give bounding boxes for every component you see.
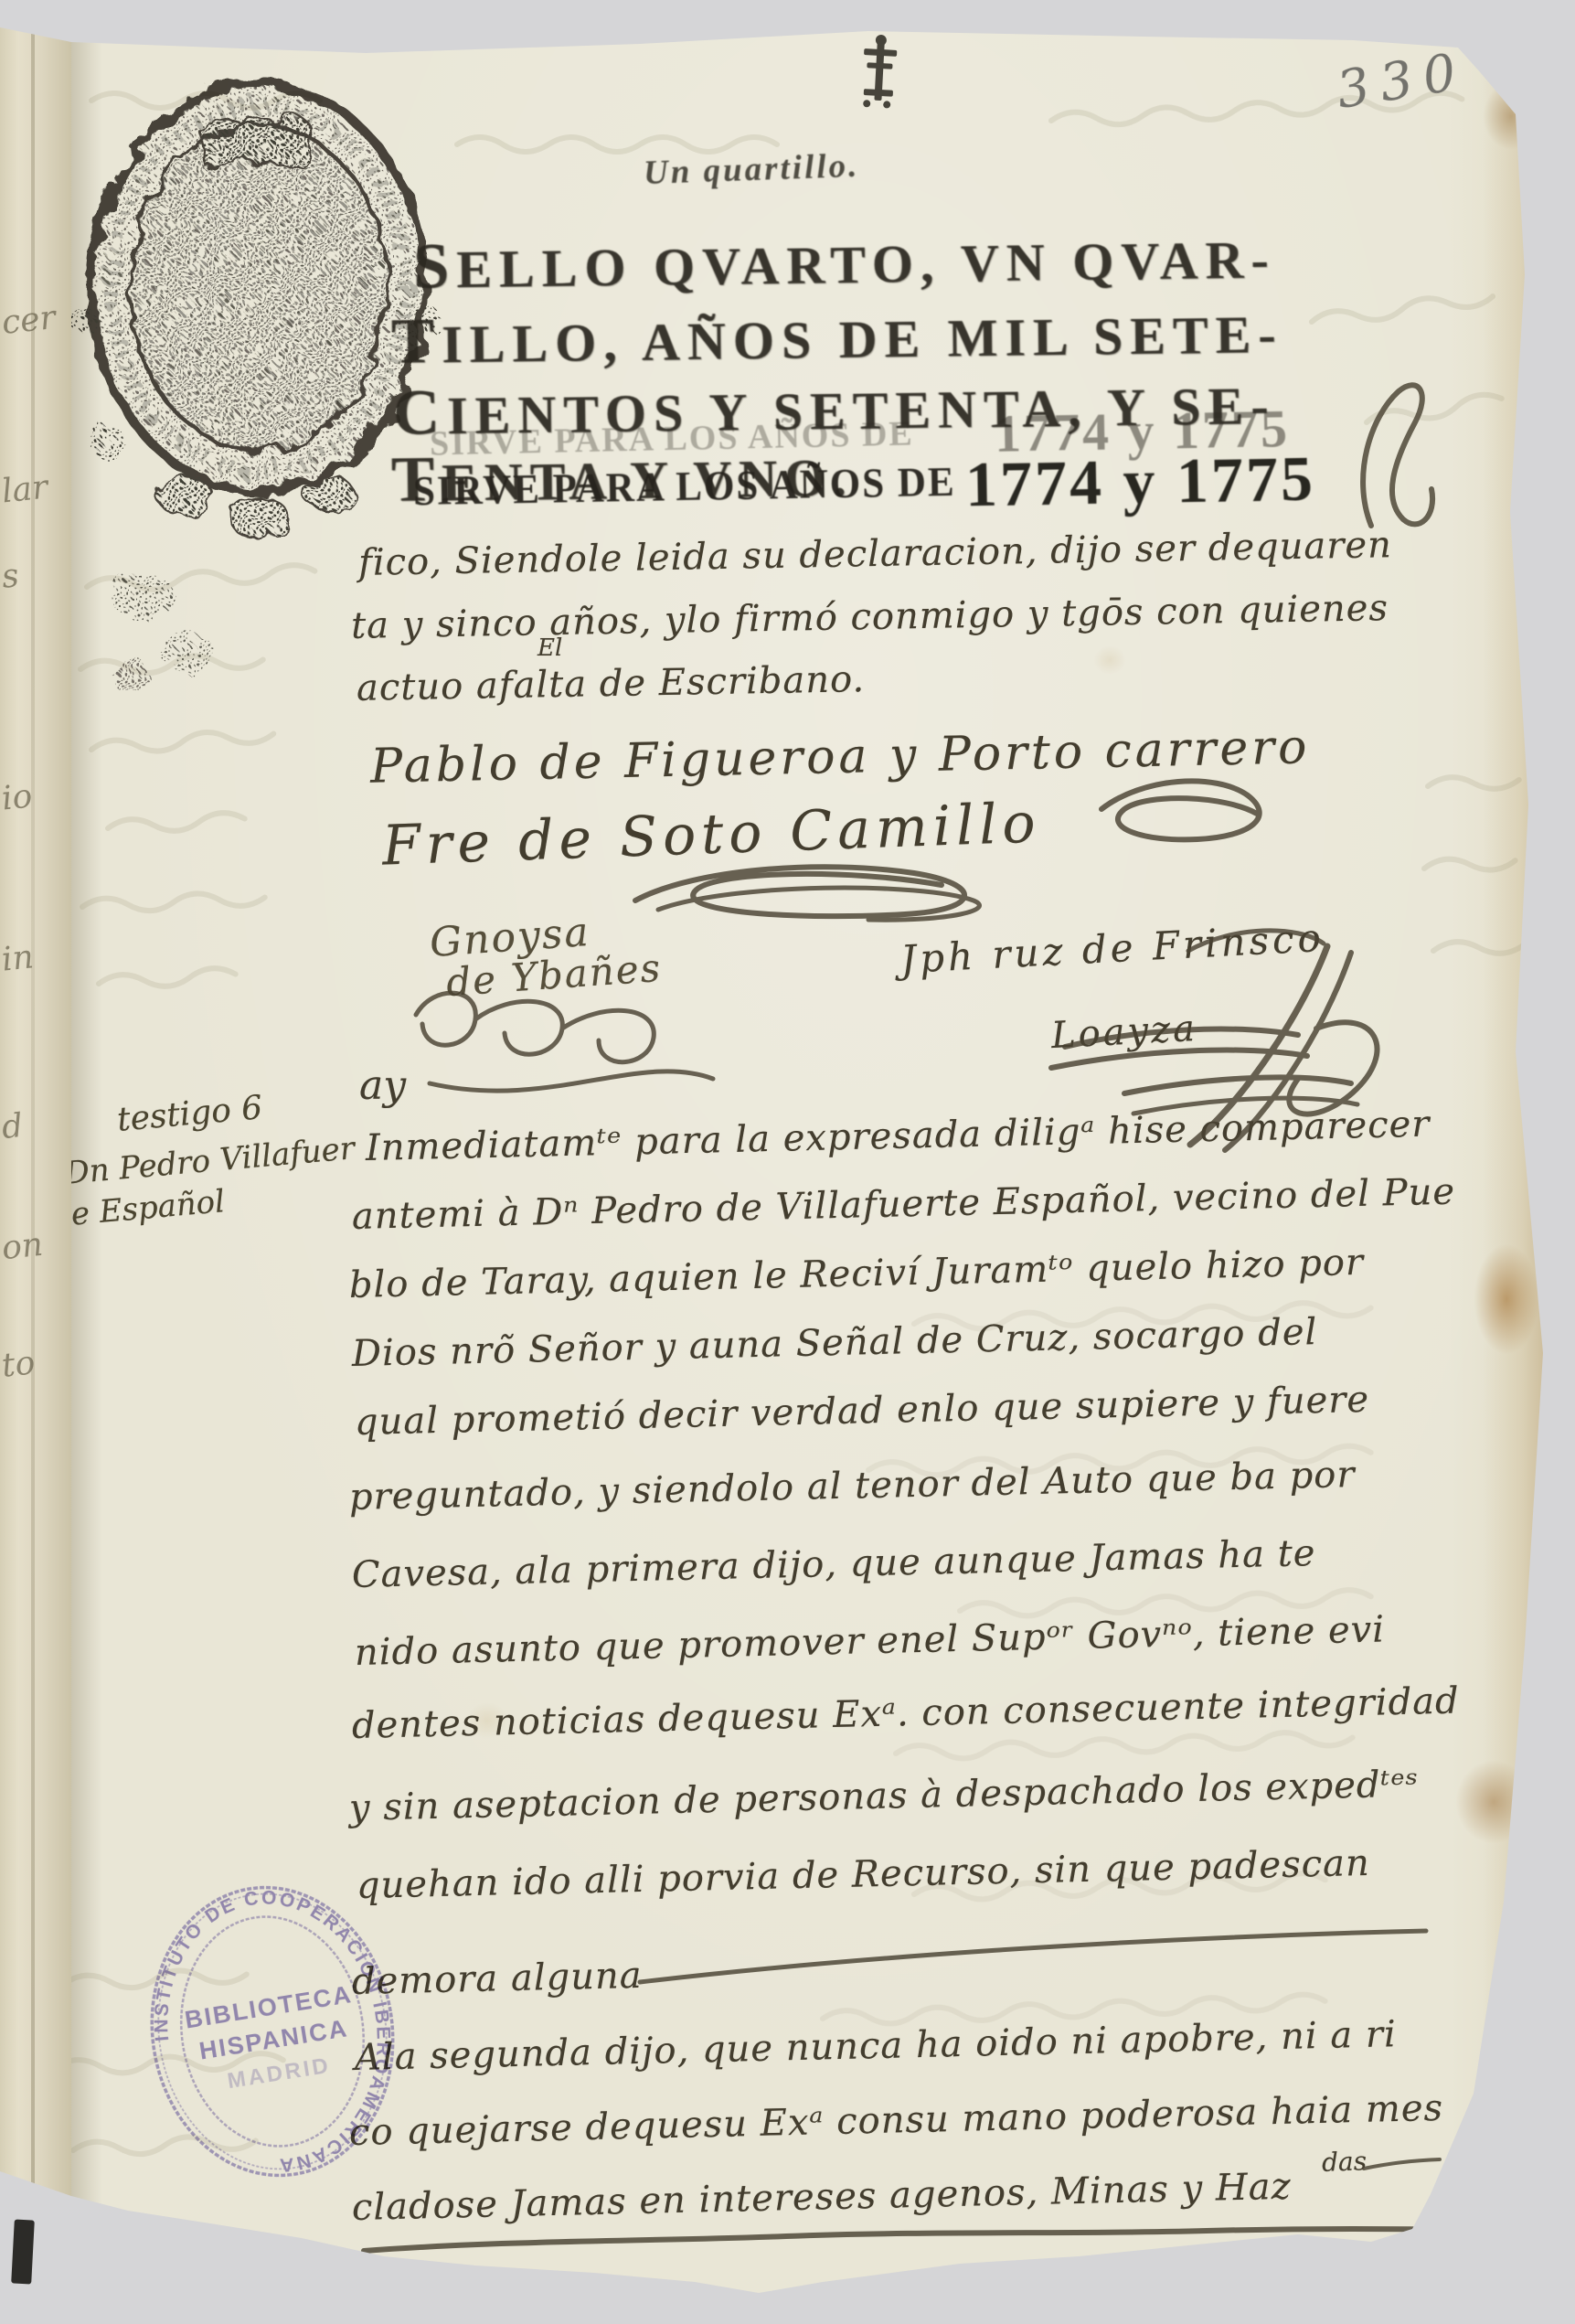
edge-writing-fragment: d — [0, 1107, 25, 1146]
manuscript-scan: cer lar s io in d on to — [0, 0, 1575, 2324]
document-page: 330 — [0, 0, 1575, 2324]
edge-writing-fragment: to — [0, 1344, 37, 1385]
fold-crease — [31, 0, 35, 2324]
edge-writing-fragment: in — [0, 938, 36, 978]
stamp-center-line: MADRID — [226, 2053, 333, 2095]
edge-writing-fragment: cer — [0, 299, 58, 342]
previous-page-edge: cer lar s io in d on to — [0, 0, 71, 2324]
edge-writing-fragment: s — [0, 557, 21, 596]
edge-writing-fragment: on — [0, 1226, 45, 1267]
edge-writing-fragment: lar — [0, 468, 49, 510]
book-spine-edge — [11, 2219, 35, 2284]
edge-writing-fragment: io — [0, 777, 34, 817]
library-stamp: INSTITUTO DE COOPERACION IBEROAMERICANA … — [112, 1857, 431, 2207]
